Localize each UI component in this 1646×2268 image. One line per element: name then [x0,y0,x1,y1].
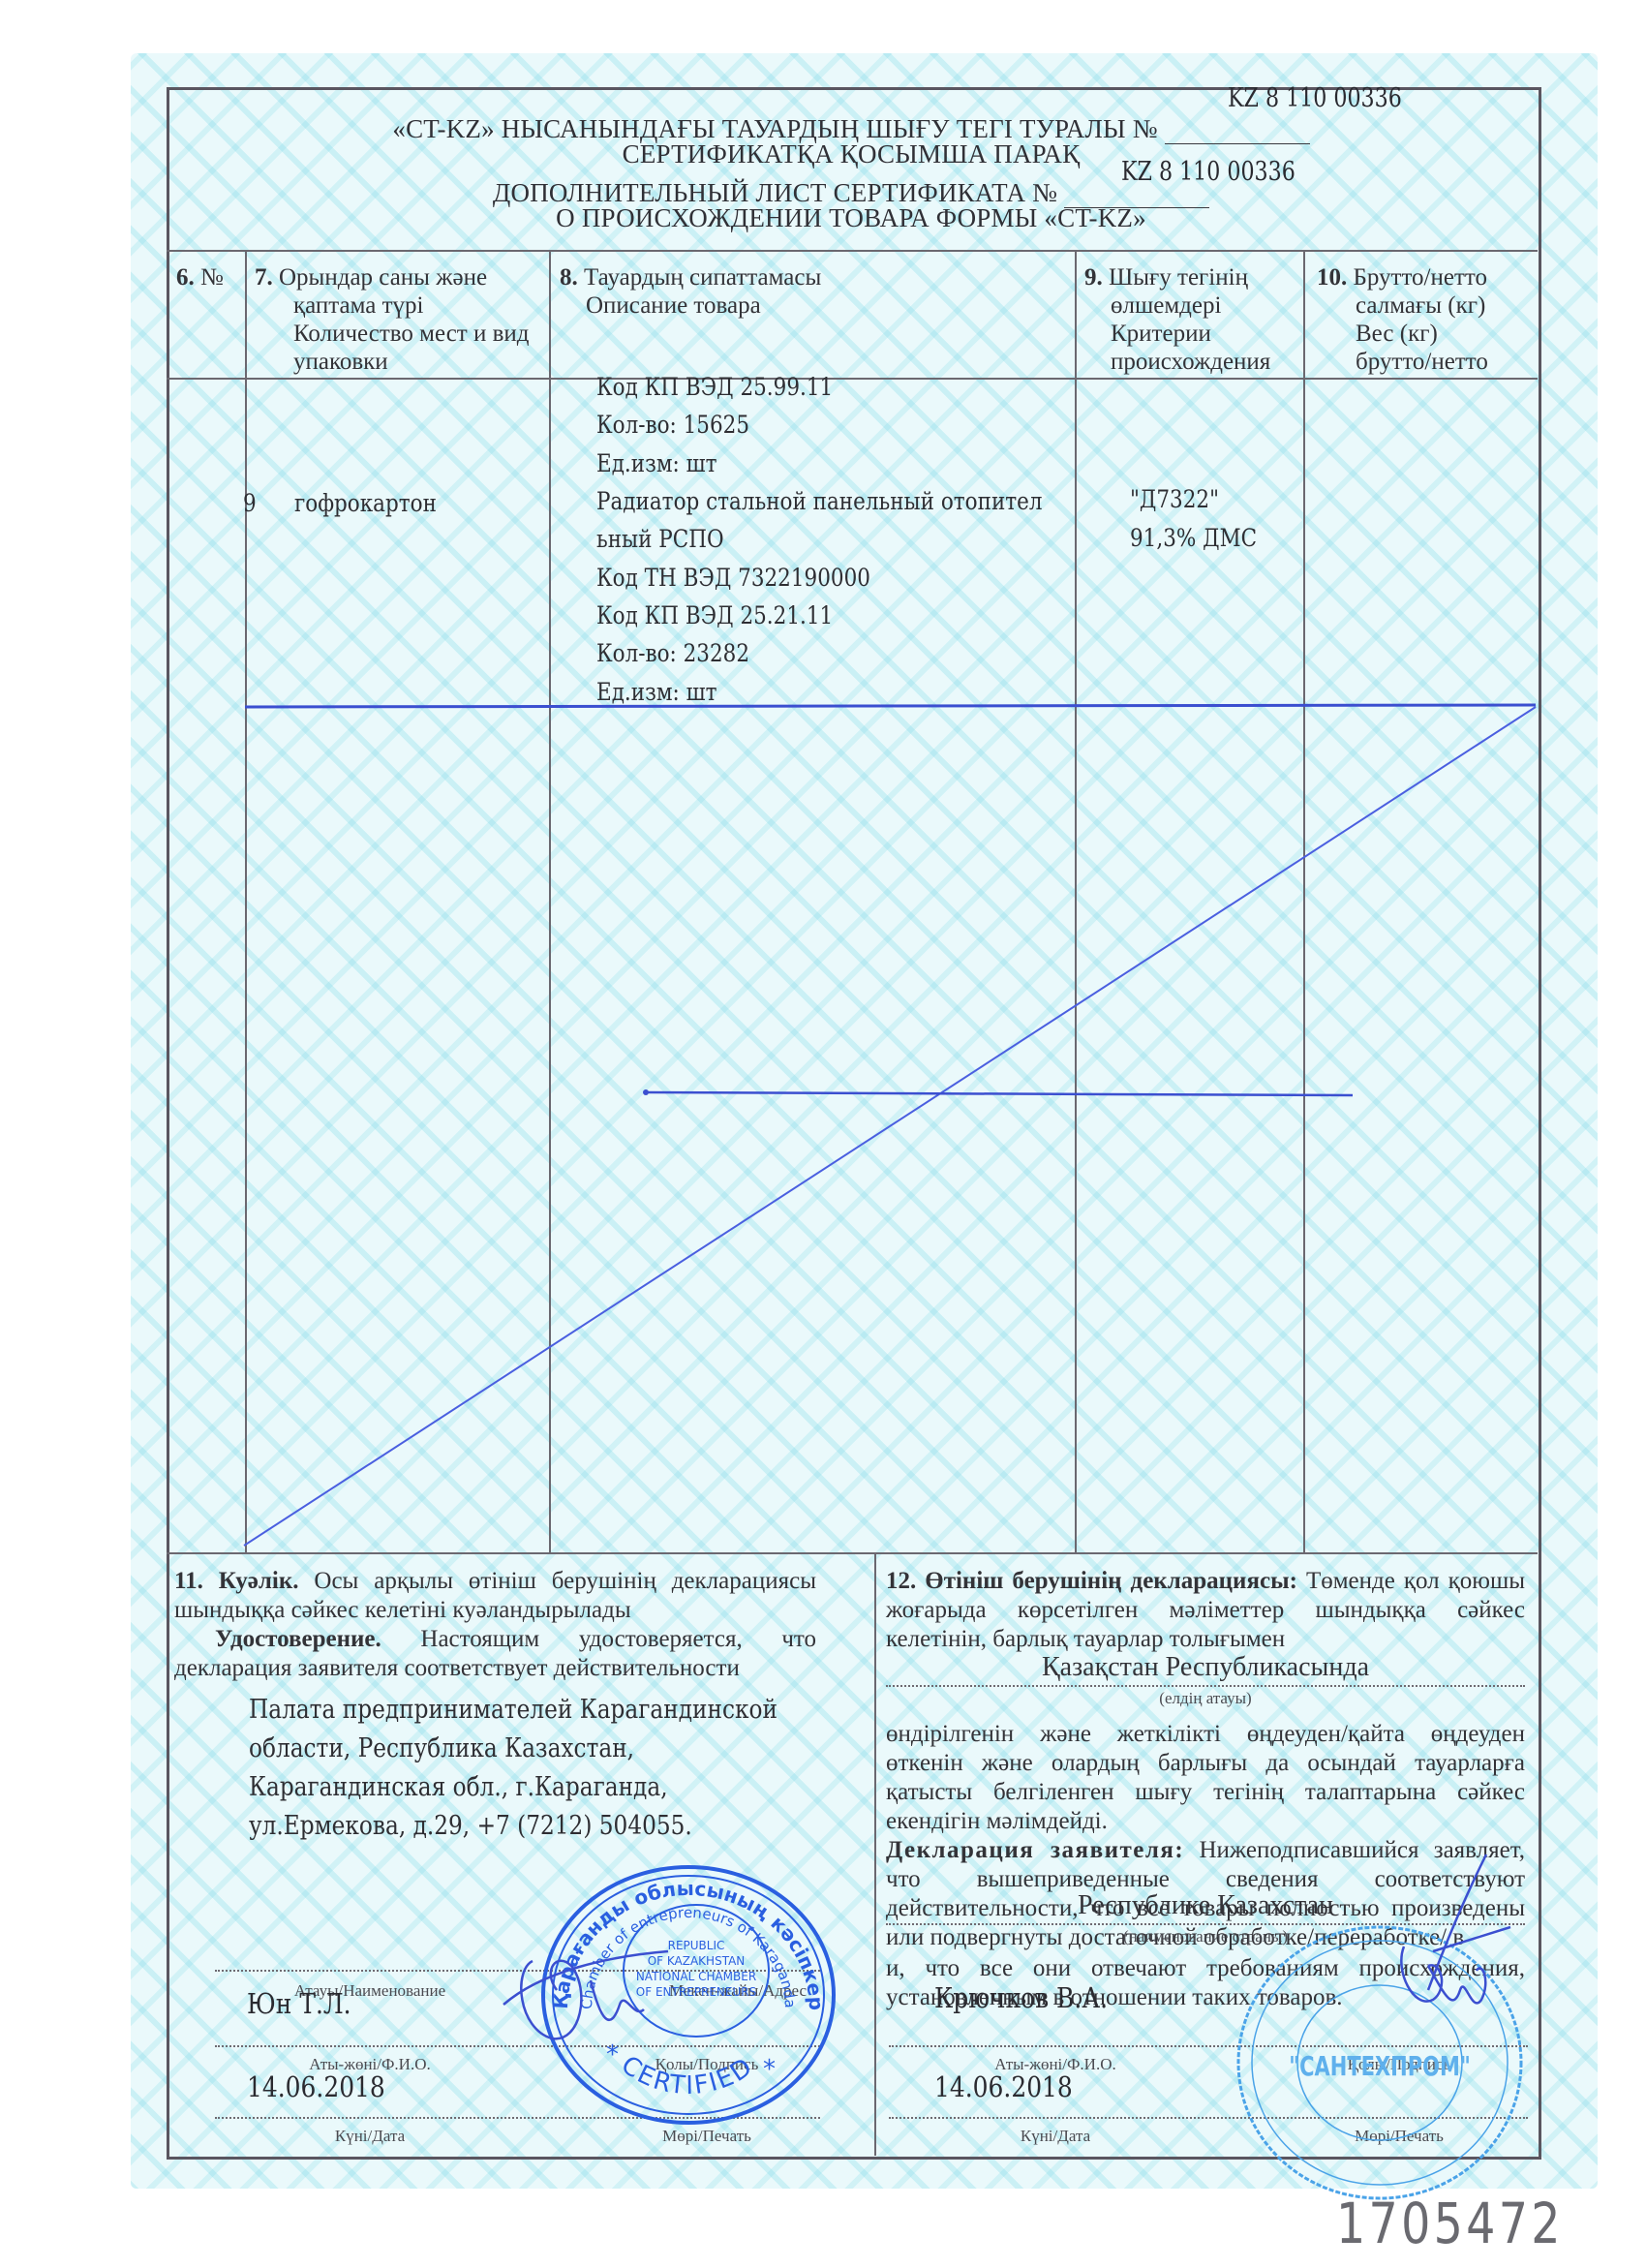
certification-date: 14.06.2018 [247,2070,385,2103]
issuer-line: Карагандинская обл., г.Караганда, [249,1772,668,1802]
seal-label: Мөрі/Печать [595,2127,818,2146]
table-bottom-divider [167,1552,1538,1554]
certifier-name: Юн Т.Л. [247,1987,351,2020]
applicant-name: Крючков В.А. [934,1981,1108,2014]
date-label: Күні/Дата [215,2127,525,2146]
declaration-text-kz: 12. Өтініш берушінің декларациясы: Төмен… [886,1567,1525,1654]
svg-text:"САНТЕХПРОМ": "САНТЕХПРОМ" [1289,2050,1471,2082]
issuer-line: Палата предпринимателей Карагандинской [249,1695,777,1725]
serial-number: 1705472 [1336,2191,1564,2256]
certification-text: 11. Куәлік. Осы арқылы өтініш берушінің … [174,1567,816,1683]
applicant-signature [1336,1845,1530,2048]
applicant-date: 14.06.2018 [934,2070,1073,2103]
country-kz-label: (елдің атауы) [886,1689,1525,1708]
svg-text:CERTIFIED: CERTIFIED [616,2050,759,2100]
section-divider [874,1552,876,2156]
certifier-signature [465,1913,716,2058]
country-kz-line [886,1685,1525,1687]
issuer-line: области, Республика Казахстан, [249,1733,634,1763]
applicant-date-label: Күні/Дата [910,2127,1201,2146]
country-kz: Қазақстан Республикасында [886,1652,1525,1683]
svg-text:*: * [763,2055,776,2084]
issuer-line: ул.Ермекова, д.29, +7 (7212) 504055. [249,1811,692,1841]
